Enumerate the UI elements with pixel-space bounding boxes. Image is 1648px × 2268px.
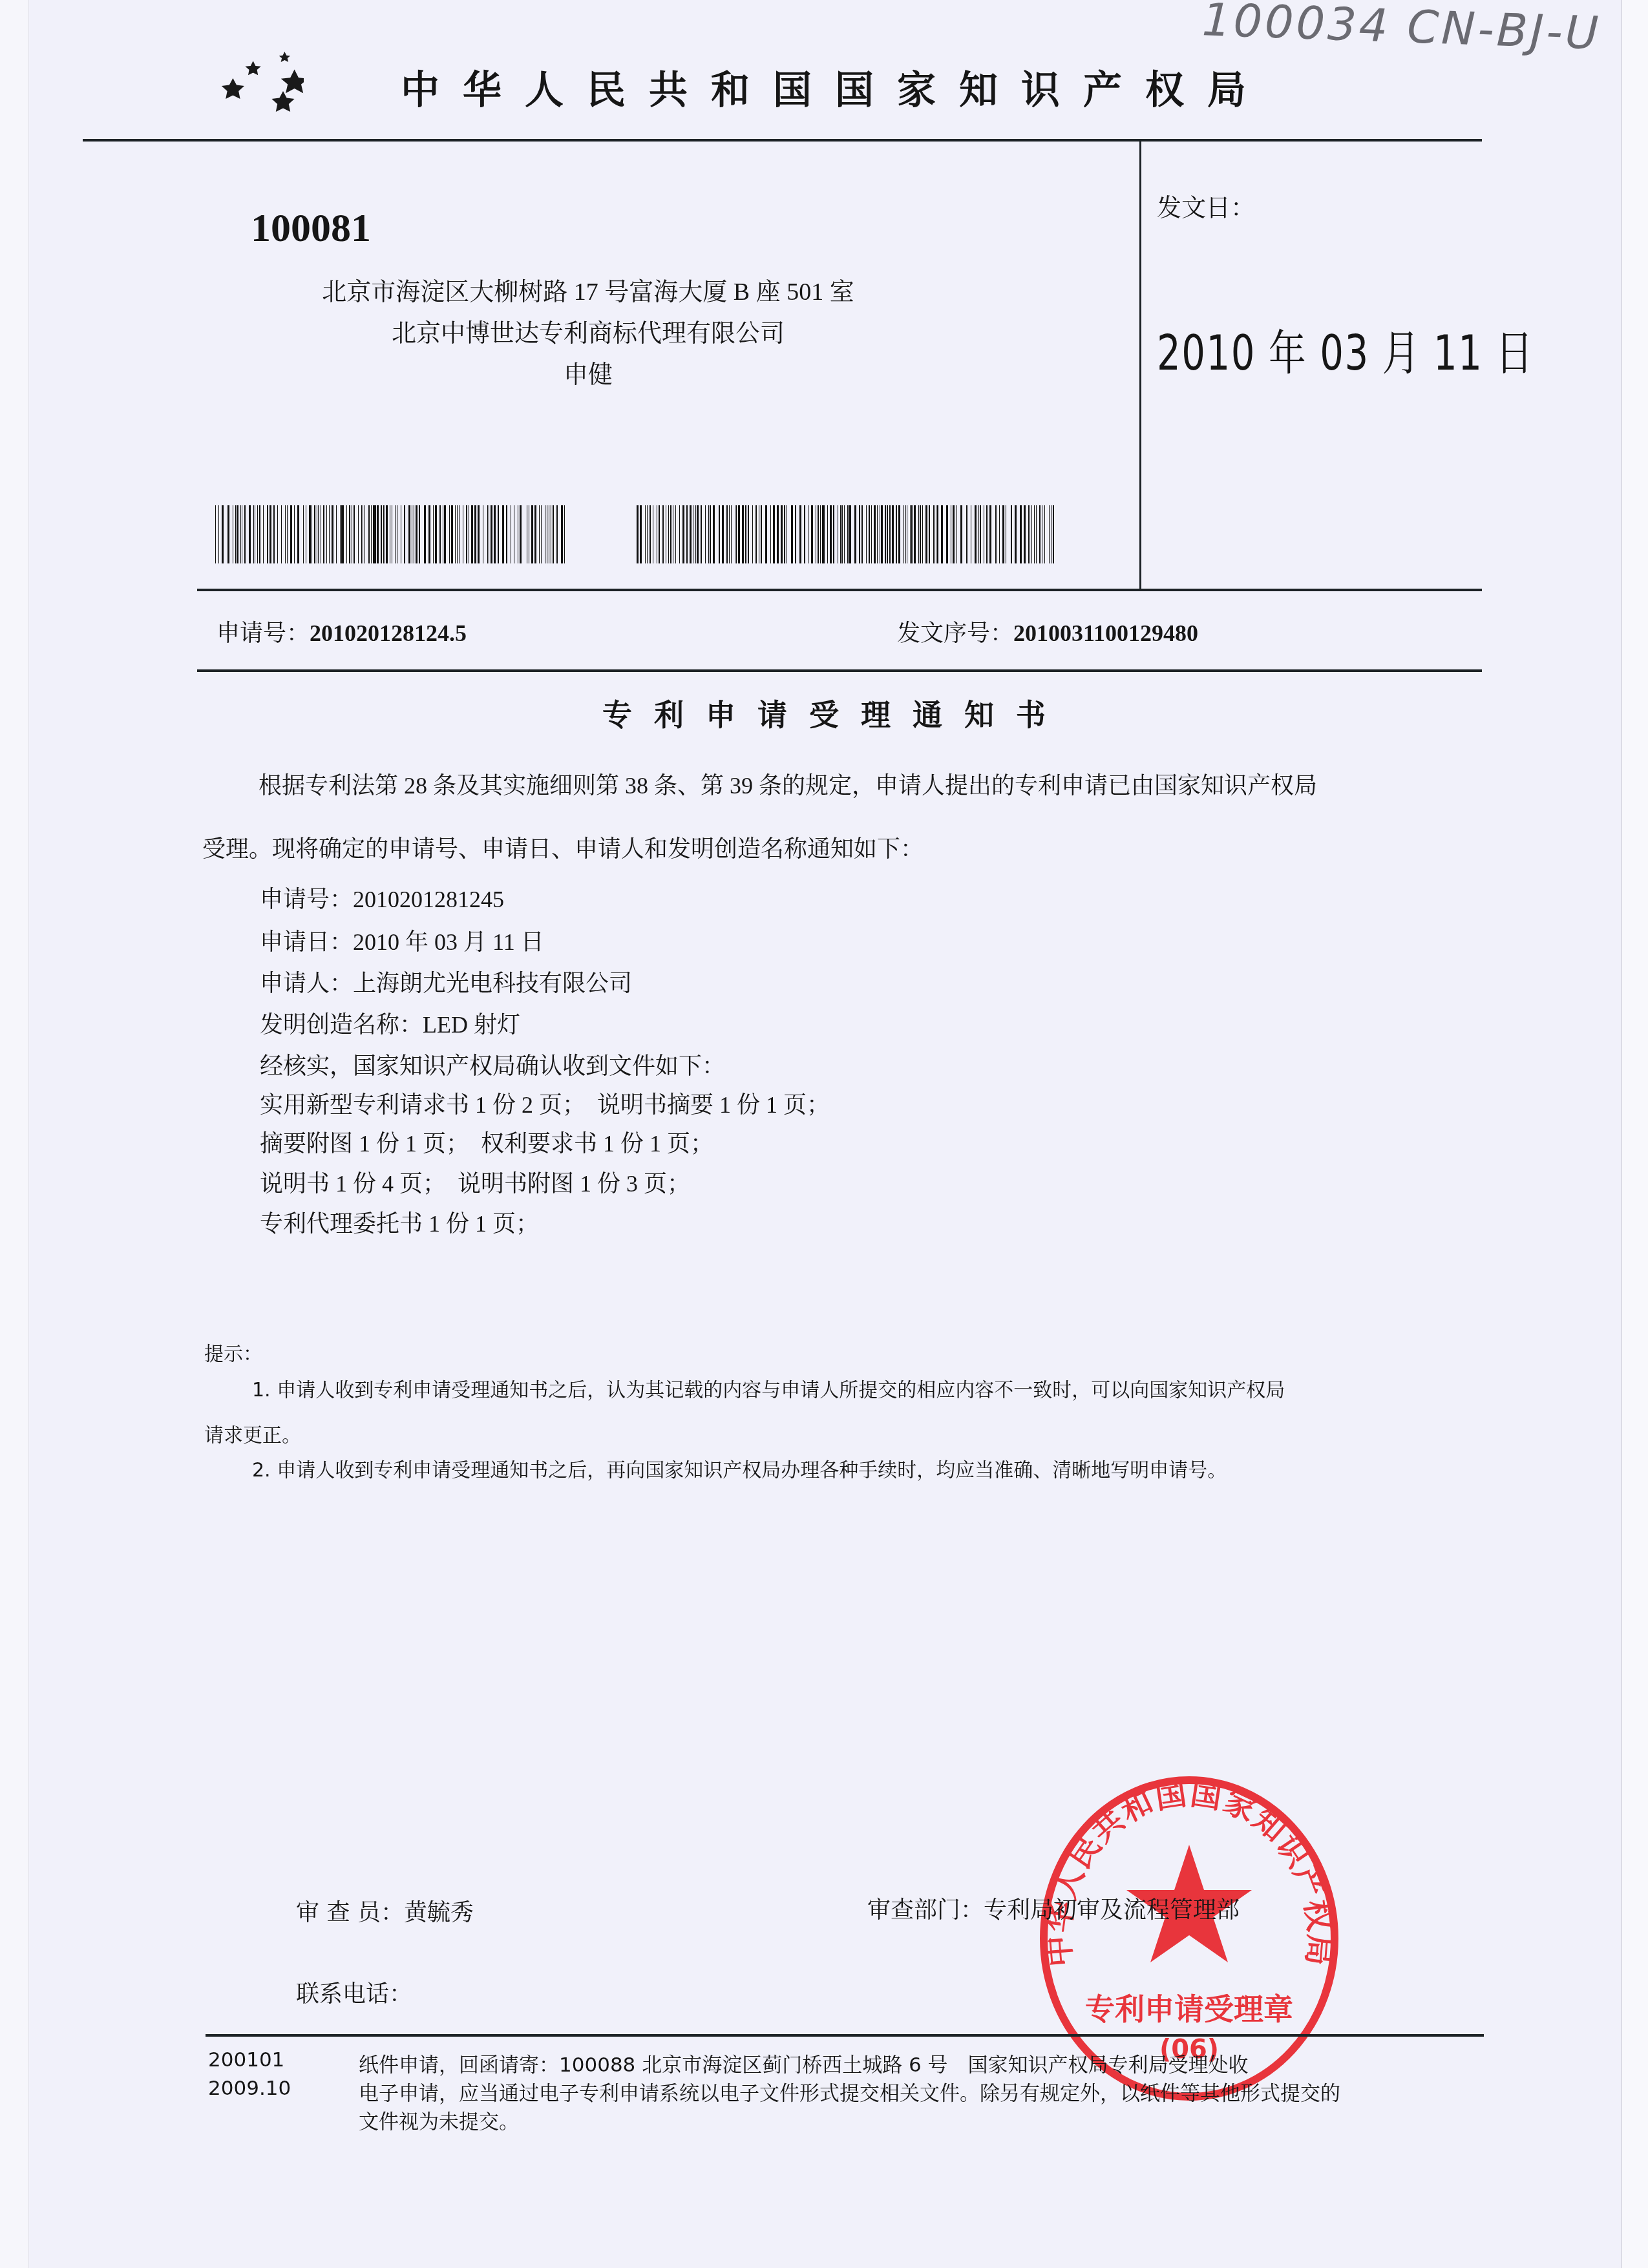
barcode-serial xyxy=(637,505,1057,563)
tip-1-line-2: 请求更正。 xyxy=(204,1419,301,1447)
serial-number-value: 2010031100129480 xyxy=(1013,620,1198,646)
document-title: 专利申请受理通知书 xyxy=(0,691,1648,734)
handwritten-note: 100034 CN-BJ-U xyxy=(1201,0,1602,60)
footer-line-1: 纸件申请，回函请寄：100088 北京市海淀区蓟门桥西土城路 6 号 国家知识产… xyxy=(359,2048,1249,2077)
serial-number-label: 发文序号： xyxy=(897,620,1013,646)
detail-application-date: 申请日：2010 年 03 月 11 日 xyxy=(260,924,544,957)
postcode: 100081 xyxy=(251,205,371,251)
application-number-ref: 申请号：201020128124.5 xyxy=(217,615,467,648)
issue-date: 2010 年 03 月 11 日 xyxy=(1157,315,1534,384)
form-date: 2009.10 xyxy=(208,2077,291,2100)
detail-application-number: 申请号：2010201281245 xyxy=(260,881,504,914)
tips-heading: 提示： xyxy=(204,1338,262,1366)
received-file-line: 说明书 1 份 4 页； 说明书附图 1 份 3 页； xyxy=(260,1166,690,1199)
svg-text:专利申请受理章: 专利申请受理章 xyxy=(1085,1991,1293,2026)
detail-applicant: 申请人：上海朗尤光电科技有限公司 xyxy=(260,965,632,998)
received-intro: 经核实，国家知识产权局确认收到文件如下： xyxy=(260,1048,725,1081)
barcode-divider xyxy=(197,589,1482,591)
department-label: 审查部门： xyxy=(867,1897,984,1924)
intro-line-2: 受理。现将确定的申请号、申请日、申请人和发明创造名称通知如下： xyxy=(202,831,924,864)
footer-line-2: 电子申请，应当通过电子专利申请系统以电子文件形式提交相关文件。除另有规定外，以纸… xyxy=(359,2077,1340,2106)
recipient-company: 北京中博世达专利商标代理有限公司 xyxy=(233,313,944,348)
received-file-line: 实用新型专利请求书 1 份 2 页； 说明书摘要 1 份 1 页； xyxy=(260,1087,830,1120)
recipient-address: 北京市海淀区大柳树路 17 号富海大厦 B 座 501 室 xyxy=(233,271,944,307)
organization-title: 中华人民共和国国家知识产权局 xyxy=(401,59,1269,115)
header-divider xyxy=(83,139,1482,142)
examiner-label: 审 查 员： xyxy=(296,1900,404,1926)
form-code: 200101 xyxy=(208,2048,284,2072)
address-block-divider xyxy=(1139,139,1141,590)
scan-edge-left xyxy=(0,0,29,2268)
department: 审查部门：专利局初审及流程管理部 xyxy=(867,1892,1240,1925)
cnipa-logo-icon xyxy=(174,36,304,126)
tip-1-line-1: 1. 申请人收到专利申请受理通知书之后，认为其记载的内容与申请人所提交的相应内容… xyxy=(252,1374,1285,1402)
footer-line-3: 文件视为未提交。 xyxy=(359,2105,519,2134)
reference-divider xyxy=(197,669,1482,672)
barcode-application xyxy=(215,505,567,563)
intro-line-1: 根据专利法第 28 条及其实施细则第 38 条、第 39 条的规定，申请人提出的… xyxy=(259,768,1317,801)
application-number-value: 201020128124.5 xyxy=(310,620,467,646)
application-number-label: 申请号： xyxy=(217,620,310,646)
received-file-line: 摘要附图 1 份 1 页； 权利要求书 1 份 1 页； xyxy=(260,1126,713,1159)
issue-date-label: 发文日： xyxy=(1157,187,1255,223)
footer-divider xyxy=(206,2034,1484,2037)
department-name: 专利局初审及流程管理部 xyxy=(984,1897,1240,1924)
serial-number-ref: 发文序号：2010031100129480 xyxy=(897,615,1198,648)
examiner-name: 黄毓秀 xyxy=(404,1900,474,1926)
examiner: 审 查 员：黄毓秀 xyxy=(296,1895,474,1927)
recipient-name: 申健 xyxy=(233,354,944,390)
contact-phone-label: 联系电话： xyxy=(296,1976,412,2009)
received-file-line: 专利代理委托书 1 份 1 页； xyxy=(260,1206,539,1239)
detail-invention-title: 发明创造名称：LED 射灯 xyxy=(260,1007,520,1040)
scan-edge-right xyxy=(1621,0,1648,2268)
tip-2: 2. 申请人收到专利申请受理通知书之后，再向国家知识产权局办理各种手续时，均应当… xyxy=(252,1454,1227,1482)
